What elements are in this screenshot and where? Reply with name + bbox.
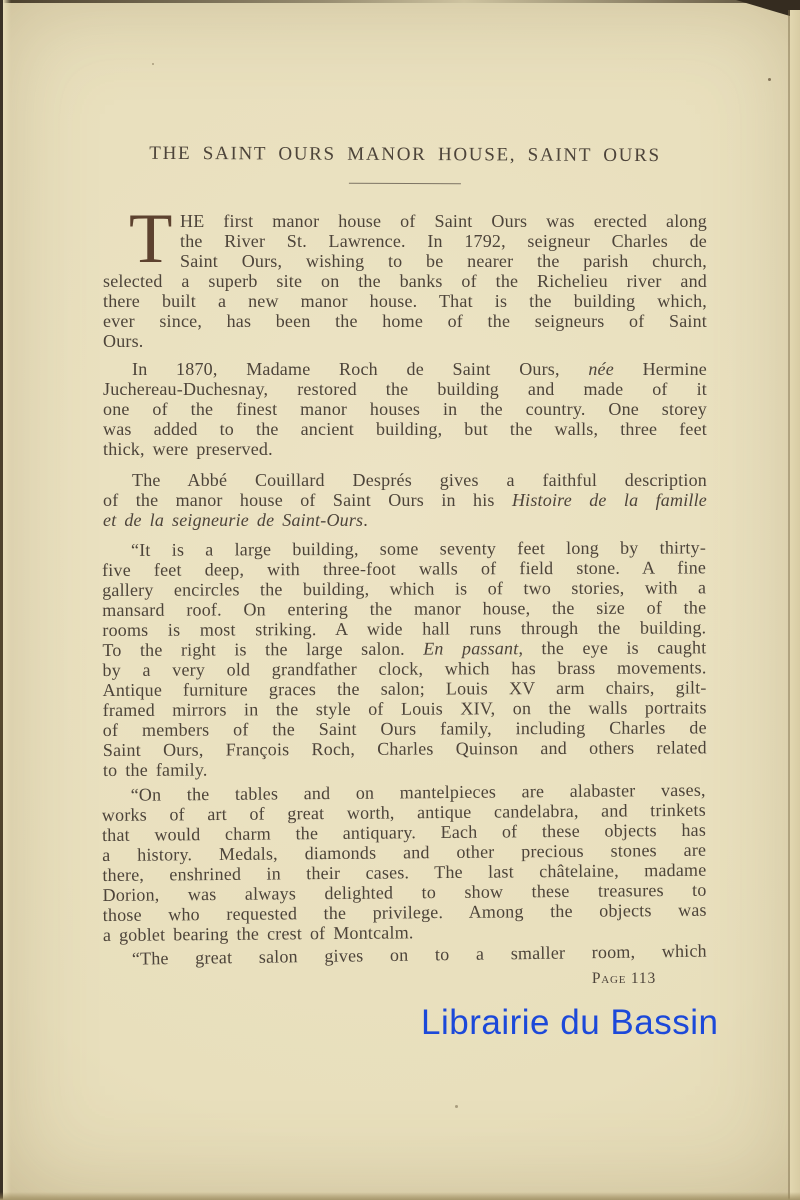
chapter-heading: THE SAINT OURS MANOR HOUSE, SAINT OURS xyxy=(103,143,707,186)
text-line: Ours. xyxy=(103,331,707,351)
scanned-book-page: THE SAINT OURS MANOR HOUSE, SAINT OURS T… xyxy=(0,0,800,1200)
text-line: of the manor house of Saint Ours in his … xyxy=(103,490,707,510)
text-line: To the right is the large salon. En pass… xyxy=(102,637,706,660)
text-line: framed mirrors in the style of Louis XIV… xyxy=(103,697,707,720)
text-line: In 1870, Madame Roch de Saint Ours, née … xyxy=(103,359,707,379)
text-line: there built a new manor house. That is t… xyxy=(103,291,707,311)
underpage-edge-right xyxy=(790,10,800,1200)
text-line: to the family. xyxy=(103,757,707,780)
bookseller-watermark: Librairie du Bassin xyxy=(421,1003,718,1043)
paragraph: “The great salon gives on to a smaller r… xyxy=(103,941,707,969)
body-text: THE first manor house of Saint Ours was … xyxy=(103,211,707,969)
paper-speck xyxy=(455,1105,458,1108)
page-title: THE SAINT OURS MANOR HOUSE, SAINT OURS xyxy=(103,143,707,168)
text-line: gallery encircles the building, which is… xyxy=(102,577,706,600)
text-line: one of the finest manor houses in the co… xyxy=(103,399,707,419)
text-line: mansard roof. On entering the manor hous… xyxy=(102,597,706,620)
paragraph: The Abbé Couillard Després gives a faith… xyxy=(103,470,707,530)
title-divider-rule xyxy=(349,183,461,184)
text-line: “The great salon gives on to a smaller r… xyxy=(103,941,707,969)
text-line: et de la seigneurie de Saint-Ours. xyxy=(103,510,707,530)
page-edge-left-highlight xyxy=(3,0,11,1200)
photo-edge-top xyxy=(0,0,800,3)
text-line: The Abbé Couillard Després gives a faith… xyxy=(103,470,707,490)
text-line: selected a superb site on the banks of t… xyxy=(103,271,707,291)
paragraph: “On the tables and on mantelpieces are a… xyxy=(102,780,707,945)
paragraph: In 1870, Madame Roch de Saint Ours, née … xyxy=(103,359,707,459)
drop-cap-letter: T xyxy=(103,213,174,268)
text-line: Saint Ours, wishing to be nearer the par… xyxy=(180,251,707,271)
paper-speck xyxy=(768,78,771,81)
text-line: “It is a large building, some seventy fe… xyxy=(102,537,706,560)
text-line: thick, were preserved. xyxy=(103,439,707,459)
text-line: by a very old grandfather clock, which h… xyxy=(102,657,706,680)
paragraph: “It is a large building, some seventy fe… xyxy=(102,537,707,780)
text-line: HE first manor house of Saint Ours was e… xyxy=(180,211,707,231)
page-edge-right-line xyxy=(788,10,790,1200)
paragraph: THE first manor house of Saint Ours was … xyxy=(103,211,707,351)
text-line: Saint Ours, François Roch, Charles Quins… xyxy=(103,737,707,760)
paper-speck xyxy=(152,63,154,65)
text-line: was added to the ancient building, but t… xyxy=(103,419,707,439)
text-line: five feet deep, with three-foot walls of… xyxy=(102,557,706,580)
text-line: rooms is most striking. A wide hall runs… xyxy=(102,617,706,640)
text-line: of members of the Saint Ours family, inc… xyxy=(103,717,707,740)
text-line: the River St. Lawrence. In 1792, seigneu… xyxy=(180,231,707,251)
text-line: ever since, has been the home of the sei… xyxy=(103,311,707,331)
photo-edge-bottom xyxy=(0,1192,800,1200)
page-number: Page 113 xyxy=(103,970,656,988)
text-line: Juchereau-Duchesnay, restored the buildi… xyxy=(103,379,707,399)
text-line: Antique furniture graces the salon; Loui… xyxy=(103,677,707,700)
